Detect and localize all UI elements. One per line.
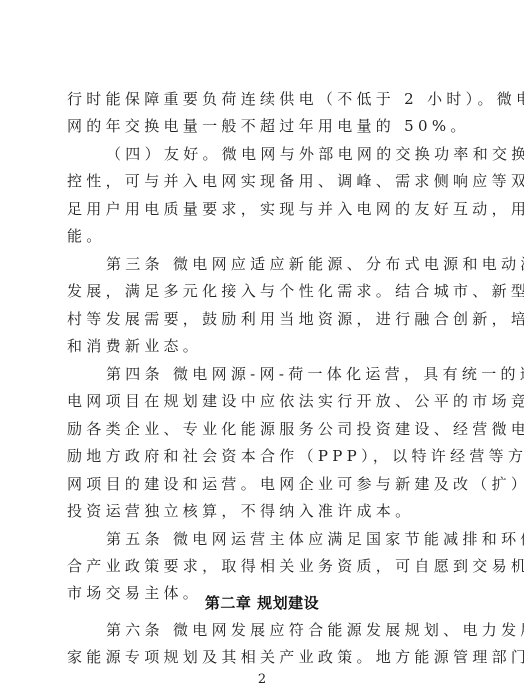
text-line: 第五条 微电网运营主体应满足国家节能减排和环保要求，符 (106, 529, 459, 549)
text-line: 第三条 微电网应适应新能源、分布式电源和电动汽车等快速 (106, 254, 459, 274)
text-line: 电网项目在规划建设中应依法实行开放、公平的市场竞争机制，鼓 (67, 391, 459, 411)
text-line: （四）友好。微电网与外部电网的交换功率和交换时段具有可 (106, 144, 459, 164)
text-line: 和消费新业态。 (67, 336, 459, 356)
text-line: 合产业政策要求，取得相关业务资质，可自愿到交易机构注册成为 (67, 556, 459, 576)
chapter-heading: 第二章 规划建设 (0, 593, 524, 613)
text-line: 发展，满足多元化接入与个性化需求。结合城市、新型城镇及新农 (67, 281, 459, 301)
text-line: 能。 (67, 226, 459, 246)
text-line: 第六条 微电网发展应符合能源发展规划、电力发展规划等国 (106, 620, 459, 640)
text-line: 行时能保障重要负荷连续供电（不低于 2 小时）。微电网与外部电 (67, 89, 459, 109)
text-line: 第四条 微电网源-网-荷一体化运营，具有统一的运营主体。微 (106, 364, 459, 384)
text-line: 家能源专项规划及其相关产业政策。地方能源管理部门应会同有关 (67, 647, 459, 667)
document-page: 行时能保障重要负荷连续供电（不低于 2 小时）。微电网与外部电 网的年交换电量一… (0, 0, 524, 695)
text-line: 励各类企业、专业化能源服务公司投资建设、经营微电网项目；鼓 (67, 419, 459, 439)
text-line: 励地方政府和社会资本合作（PPP），以特许经营等方式开展微电 (67, 446, 459, 466)
text-line: 足用户用电质量要求，实现与并入电网的友好互动，用户的友好用 (67, 199, 459, 219)
text-line: 网的年交换电量一般不超过年用电量的 50%。 (67, 116, 459, 136)
text-line: 投资运营独立核算，不得纳入准许成本。 (67, 501, 459, 521)
text-line: 村等发展需要，鼓励利用当地资源，进行融合创新，培育能源生产 (67, 309, 459, 329)
text-line: 网项目的建设和运营。电网企业可参与新建及改（扩）建微电网， (67, 474, 459, 494)
text-line: 控性，可与并入电网实现备用、调峰、需求侧响应等双向服务，满 (67, 171, 459, 191)
page-number: 2 (0, 672, 524, 688)
